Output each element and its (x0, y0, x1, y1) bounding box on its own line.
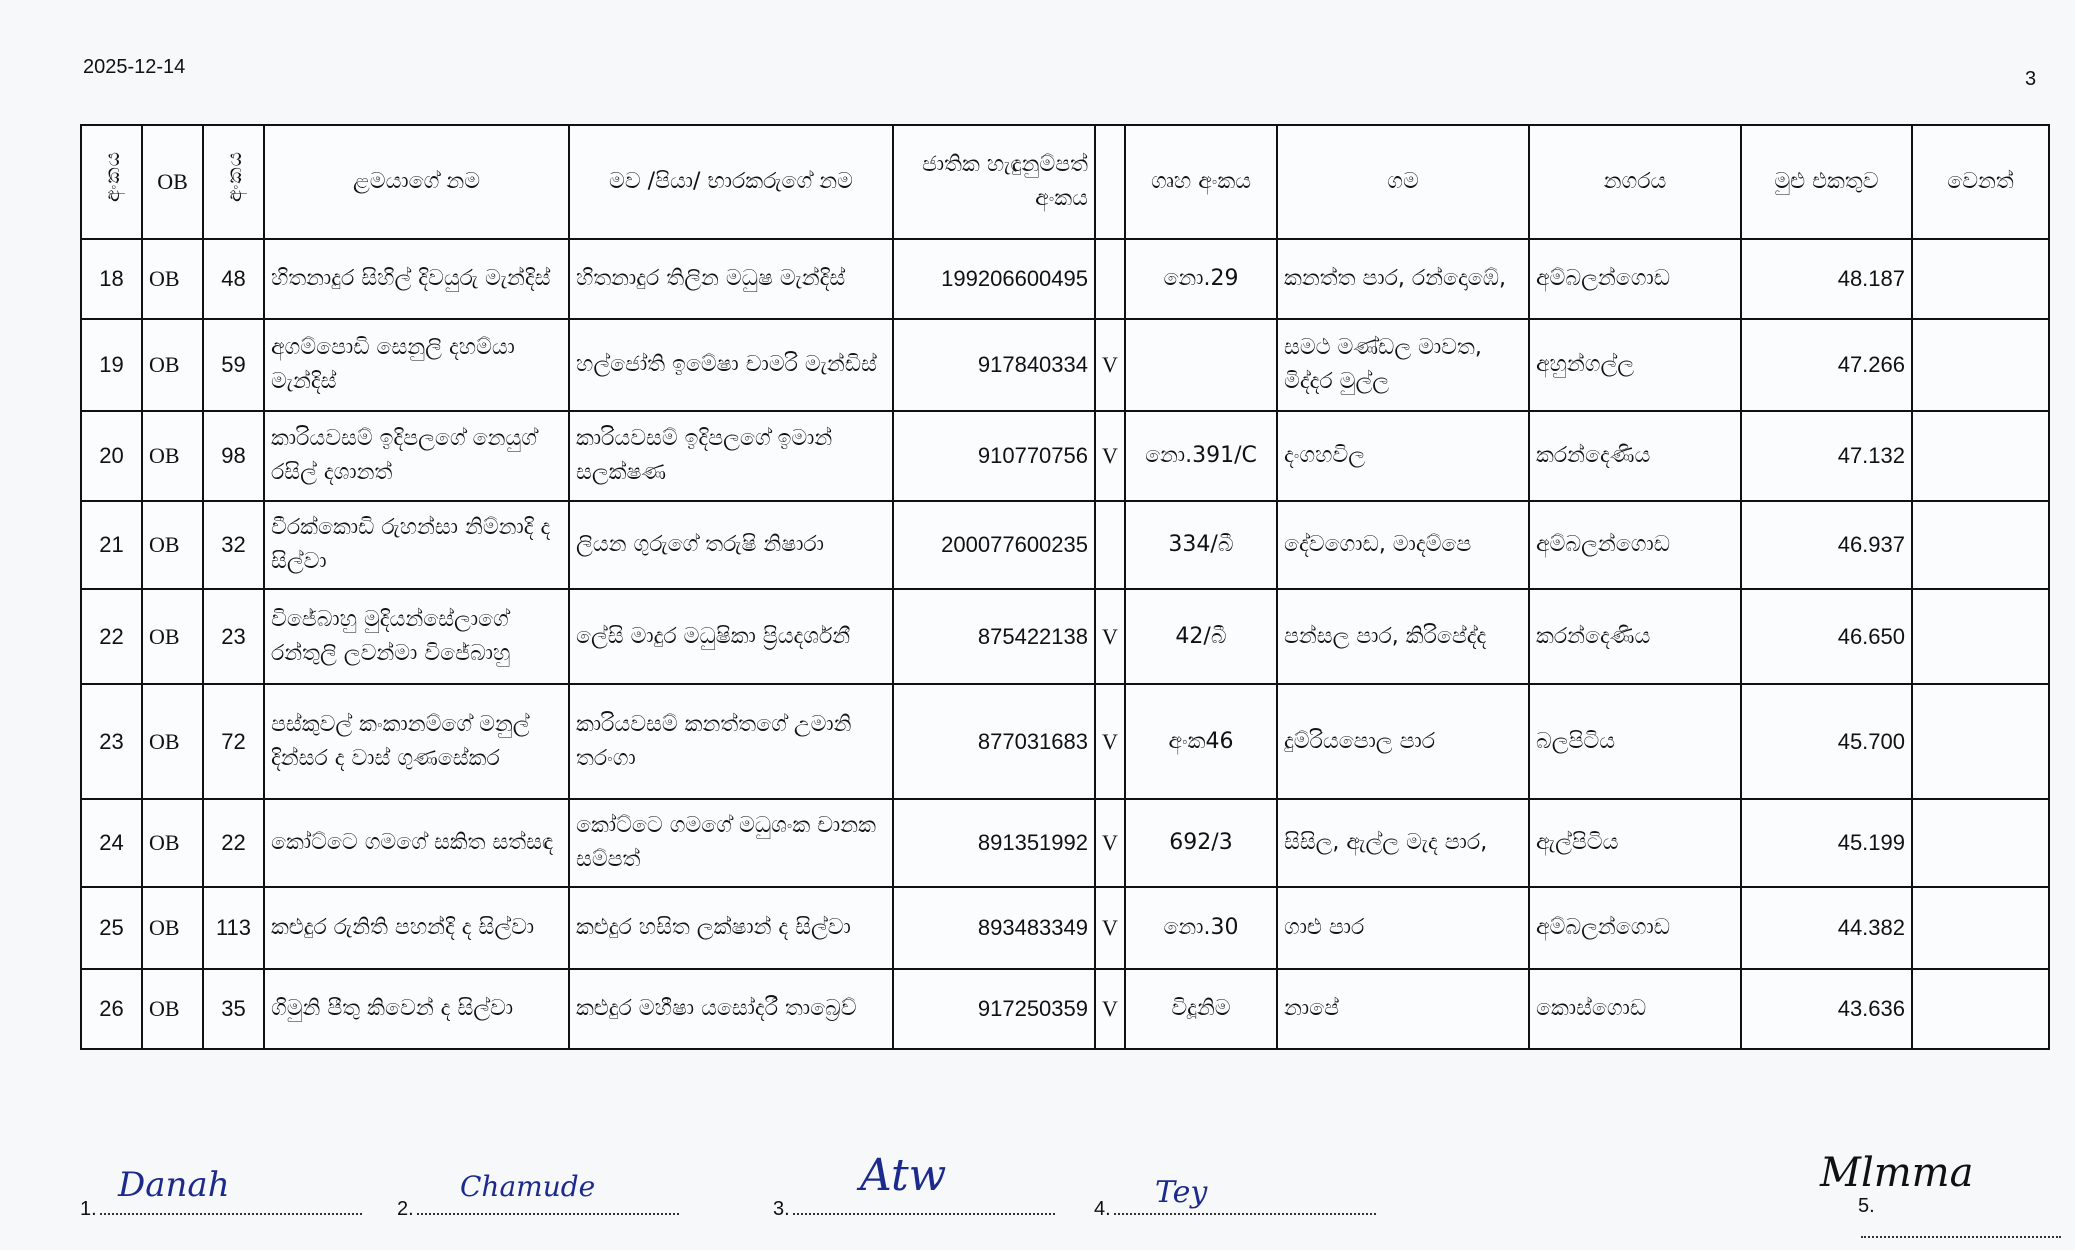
nic-suffix-cell (1095, 501, 1125, 589)
other-cell (1912, 239, 2049, 319)
child-name-cell: කාරියවසම් ඉදිපලගේ නෙයුග් රසිල් දශානත් (264, 411, 569, 501)
admission-list-table: අංකය OB අංකය ළමයාගේ නම මව /පියා/ භාරකරුග… (80, 124, 2050, 1050)
nic-number-cell: 199206600495 (893, 239, 1095, 319)
total-score-cell: 43.636 (1741, 969, 1912, 1049)
header-town: නගරය (1529, 125, 1741, 239)
page-number: 3 (2025, 68, 2036, 91)
parent-name-cell: හල්ජෝති ඉමේෂා චාමරි මැන්ඩිස් (569, 319, 893, 411)
house-number-cell: අංක46 (1125, 684, 1277, 799)
other-cell (1912, 589, 2049, 684)
table-row: 19OB59අගම්පොඩි සෙනුලි දහම්යා මැන්දිස්හල්… (81, 319, 2049, 411)
child-name-cell: කෝට්ටෙ ගමගේ සකිත සත්සඳ (264, 799, 569, 887)
house-number-cell: නො.30 (1125, 887, 1277, 969)
header-index: අංකය (81, 125, 142, 239)
other-cell (1912, 501, 2049, 589)
nic-number-cell: 893483349 (893, 887, 1095, 969)
house-number-cell: විදූනිම (1125, 969, 1277, 1049)
child-name-cell: විජේබාහු මුදියන්සේලාගේ රන්තුලි ලවන්මා වි… (264, 589, 569, 684)
table-row: 25OB113කළුදුර රුනිති පහන්දි ද සිල්වාකළුද… (81, 887, 2049, 969)
table-row: 21OB32වීරක්කොඩි රුහන්සා නිම්නාදි ද සිල්ව… (81, 501, 2049, 589)
parent-name-cell: කාරියවසම් කනත්තගේ උමානි තරංගා (569, 684, 893, 799)
header-nic: ජාතික හැඳුනුම්පත් අංකය (893, 125, 1095, 239)
other-cell (1912, 887, 2049, 969)
other-cell (1912, 799, 2049, 887)
total-score-cell: 45.199 (1741, 799, 1912, 887)
town-cell: කරන්දෙණිය (1529, 589, 1741, 684)
nic-suffix-cell: V (1095, 799, 1125, 887)
parent-name-cell: කළුදුර මහීෂා යසෝදරී තාබ්‍රෙව් (569, 969, 893, 1049)
signature-1: Danah (118, 1165, 230, 1205)
row-ob-cell: OB (142, 239, 203, 319)
row-index-cell: 26 (81, 969, 142, 1049)
town-cell: අම්බලන්ගොඩ (1529, 239, 1741, 319)
header-total: මුළු එකතුව (1741, 125, 1912, 239)
row-app-no-cell: 72 (203, 684, 264, 799)
total-score-cell: 46.650 (1741, 589, 1912, 684)
row-index-cell: 23 (81, 684, 142, 799)
nic-suffix-cell: V (1095, 589, 1125, 684)
parent-name-cell: කාරියවසම් ඉදිපලගේ ඉමාන් සලක්ෂණ (569, 411, 893, 501)
parent-name-cell: ලියන ගුරුගේ තරුෂි නිෂාරා (569, 501, 893, 589)
row-index-cell: 18 (81, 239, 142, 319)
total-score-cell: 46.937 (1741, 501, 1912, 589)
row-index-cell: 19 (81, 319, 142, 411)
village-cell: සමථ මණ්ඩල මාවත, මිද්දර මුල්ල (1277, 319, 1529, 411)
nic-number-cell: 910770756 (893, 411, 1095, 501)
signature-line (1861, 1218, 2061, 1238)
nic-suffix-cell: V (1095, 887, 1125, 969)
parent-name-cell: කළුදුර හසිත ලක්ෂාන් ද සිල්වා (569, 887, 893, 969)
nic-suffix-cell: V (1095, 684, 1125, 799)
town-cell: කරන්දෙණිය (1529, 411, 1741, 501)
nic-number-cell: 917840334 (893, 319, 1095, 411)
child-name-cell: හිතනාදුර සිහිල් දිවයුරු මැන්දිස් (264, 239, 569, 319)
header-nic-suffix (1095, 125, 1125, 239)
nic-number-cell: 200077600235 (893, 501, 1095, 589)
signature-line (1114, 1195, 1376, 1215)
other-cell (1912, 319, 2049, 411)
table-row: 22OB23විජේබාහු මුදියන්සේලාගේ රන්තුලි ලවන… (81, 589, 2049, 684)
nic-suffix-cell: V (1095, 411, 1125, 501)
row-ob-cell: OB (142, 319, 203, 411)
child-name-cell: අගම්පොඩි සෙනුලි දහම්යා මැන්දිස් (264, 319, 569, 411)
village-cell: දුම්රියපොල පාර (1277, 684, 1529, 799)
table-row: 24OB22කෝට්ටෙ ගමගේ සකිත සත්සඳකෝට්ටෙ ගමගේ … (81, 799, 2049, 887)
other-cell (1912, 684, 2049, 799)
row-ob-cell: OB (142, 411, 203, 501)
town-cell: අහුන්ගල්ල (1529, 319, 1741, 411)
table-row: 23OB72පස්කුවල් කංකානම්ගේ මනුල් දින්සර ද … (81, 684, 2049, 799)
row-index-cell: 21 (81, 501, 142, 589)
house-number-cell: නො.29 (1125, 239, 1277, 319)
house-number-cell: 334/බී (1125, 501, 1277, 589)
header-child-name: ළමයාගේ නම (264, 125, 569, 239)
header-other: වෙනත් (1912, 125, 2049, 239)
row-ob-cell: OB (142, 501, 203, 589)
nic-number-cell: 875422138 (893, 589, 1095, 684)
row-app-no-cell: 22 (203, 799, 264, 887)
row-app-no-cell: 98 (203, 411, 264, 501)
total-score-cell: 48.187 (1741, 239, 1912, 319)
row-ob-cell: OB (142, 684, 203, 799)
village-cell: පන්සල පාර, කිරිපේද්ද (1277, 589, 1529, 684)
nic-suffix-cell: V (1095, 319, 1125, 411)
parent-name-cell: කෝට්ටෙ ගමගේ මධුශංක චානක සම්පත් (569, 799, 893, 887)
signature-5: Mlmma (1820, 1150, 1973, 1196)
town-cell: අම්බලන්ගොඩ (1529, 887, 1741, 969)
header-app-no: අංකය (203, 125, 264, 239)
signature-slot-5: 5. (1858, 1195, 2075, 1244)
village-cell: කනත්ත පාර, රන්දොඹේ, (1277, 239, 1529, 319)
row-index-cell: 24 (81, 799, 142, 887)
town-cell: ඇල්පිටිය (1529, 799, 1741, 887)
nic-number-cell: 917250359 (893, 969, 1095, 1049)
row-app-no-cell: 59 (203, 319, 264, 411)
header-ob: OB (142, 125, 203, 239)
row-ob-cell: OB (142, 799, 203, 887)
parent-name-cell: ලේසි මාදුර මධුෂිකා ප්‍රියදර්ශනී (569, 589, 893, 684)
row-app-no-cell: 113 (203, 887, 264, 969)
row-app-no-cell: 48 (203, 239, 264, 319)
total-score-cell: 47.266 (1741, 319, 1912, 411)
signature-4: Tey (1155, 1175, 1207, 1210)
house-number-cell: නො.391/C (1125, 411, 1277, 501)
row-index-cell: 22 (81, 589, 142, 684)
row-ob-cell: OB (142, 589, 203, 684)
village-cell: ගාළු පාර (1277, 887, 1529, 969)
total-score-cell: 47.132 (1741, 411, 1912, 501)
other-cell (1912, 411, 2049, 501)
header-parent-name: මව /පියා/ භාරකරුගේ නම (569, 125, 893, 239)
row-ob-cell: OB (142, 887, 203, 969)
house-number-cell: 692/3 (1125, 799, 1277, 887)
header-village: ගම (1277, 125, 1529, 239)
town-cell: අම්බලන්ගොඩ (1529, 501, 1741, 589)
village-cell: දංගහවිල (1277, 411, 1529, 501)
table-row: 18OB48හිතනාදුර සිහිල් දිවයුරු මැන්දිස්හි… (81, 239, 2049, 319)
child-name-cell: කළුදුර රුනිති පහන්දි ද සිල්වා (264, 887, 569, 969)
child-name-cell: වීරක්කොඩි රුහන්සා නිම්නාදි ද සිල්වා (264, 501, 569, 589)
header-house-no: ගෘහ අංකය (1125, 125, 1277, 239)
nic-number-cell: 877031683 (893, 684, 1095, 799)
row-app-no-cell: 35 (203, 969, 264, 1049)
child-name-cell: ගිමුනි පීතු කිවෙන් ද සිල්වා (264, 969, 569, 1049)
nic-number-cell: 891351992 (893, 799, 1095, 887)
row-app-no-cell: 23 (203, 589, 264, 684)
row-index-cell: 25 (81, 887, 142, 969)
total-score-cell: 44.382 (1741, 887, 1912, 969)
village-cell: සිසිල, ඇල්ල මැද පාර, (1277, 799, 1529, 887)
document-date: 2025-12-14 (83, 56, 185, 79)
village-cell: නාපේ (1277, 969, 1529, 1049)
row-ob-cell: OB (142, 969, 203, 1049)
row-index-cell: 20 (81, 411, 142, 501)
town-cell: බලපිටිය (1529, 684, 1741, 799)
house-number-cell (1125, 319, 1277, 411)
house-number-cell: 42/බී (1125, 589, 1277, 684)
table-header-row: අංකය OB අංකය ළමයාගේ නම මව /පියා/ භාරකරුග… (81, 125, 2049, 239)
parent-name-cell: හිතනාදුර තිලින මධුෂ මැන්දිස් (569, 239, 893, 319)
signature-3: Atw (860, 1150, 946, 1201)
table-row: 20OB98කාරියවසම් ඉදිපලගේ නෙයුග් රසිල් දශා… (81, 411, 2049, 501)
signature-slot-4: 4. (1094, 1195, 1376, 1221)
row-app-no-cell: 32 (203, 501, 264, 589)
table-row: 26OB35ගිමුනි පීතු කිවෙන් ද සිල්වාකළුදුර … (81, 969, 2049, 1049)
other-cell (1912, 969, 2049, 1049)
nic-suffix-cell: V (1095, 969, 1125, 1049)
child-name-cell: පස්කුවල් කංකානම්ගේ මනුල් දින්සර ද වාස් ග… (264, 684, 569, 799)
village-cell: දේවගොඩ, මාදම්පෙ (1277, 501, 1529, 589)
nic-suffix-cell (1095, 239, 1125, 319)
signature-2: Chamude (460, 1170, 595, 1203)
town-cell: කොස්ගොඩ (1529, 969, 1741, 1049)
total-score-cell: 45.700 (1741, 684, 1912, 799)
